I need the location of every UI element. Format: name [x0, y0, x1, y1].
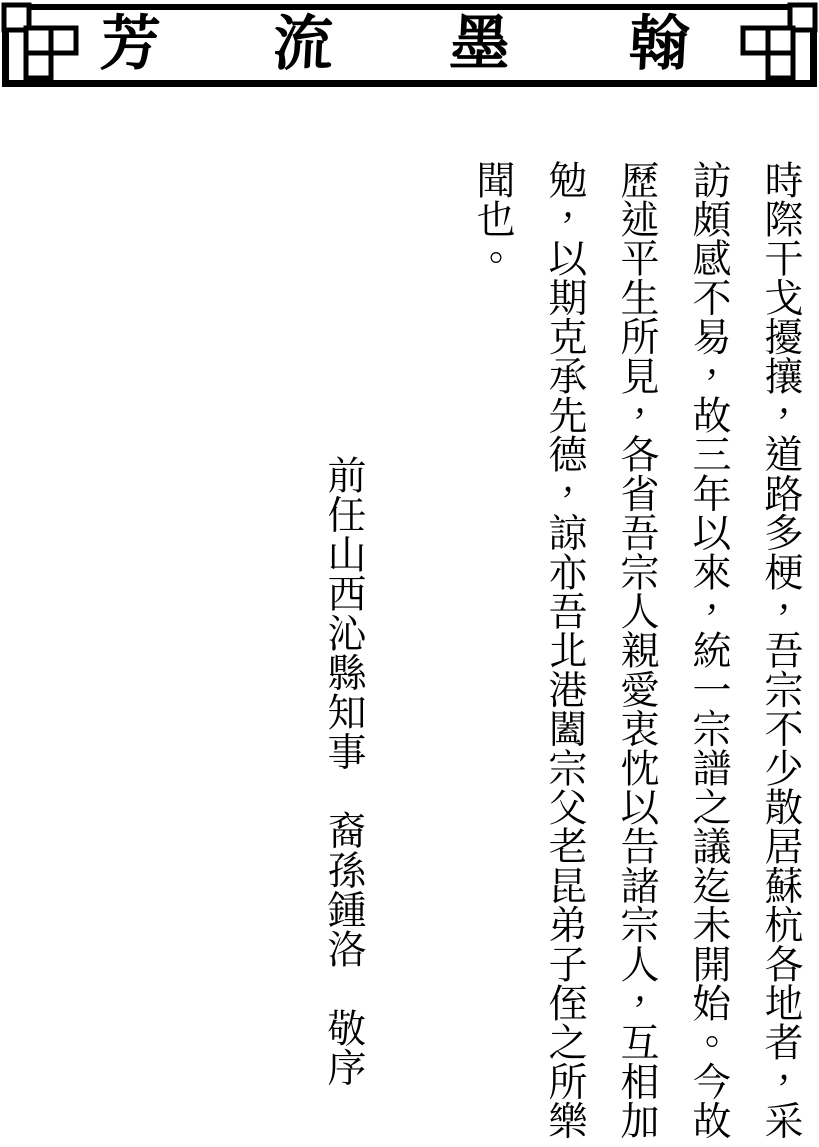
text-column-3: 歷述平生所見，各省吾宗人親愛衷忱以告諸宗人，互相加 — [600, 160, 672, 1145]
text-column-5: 聞也。 — [456, 160, 528, 1145]
signature-line: 前任山西沁縣知事 裔孫鍾洛 敬序 — [321, 455, 365, 1115]
banner-title-char-han: 翰 — [622, 8, 696, 80]
text-column-4: 勉，以期克承先德，諒亦吾北港闔宗父老昆弟子侄之所樂 — [528, 160, 600, 1145]
frame-bottom-line — [2, 80, 817, 87]
left-corner-knot-icon — [4, 5, 76, 78]
document-page: 芳 流 墨 翰 時際干戈擾攘，道路多梗，吾宗不少散居蘇杭各地者，采 訪頗感不易，… — [0, 0, 819, 1147]
banner-title-char-fang: 芳 — [93, 8, 167, 80]
banner-title-char-mo: 墨 — [443, 8, 517, 80]
frame-right-line — [810, 28, 817, 87]
right-corner-knot-icon — [743, 5, 815, 78]
text-column-1: 時際干戈擾攘，道路多梗，吾宗不少散居蘇杭各地者，采 — [744, 160, 816, 1145]
text-column-2: 訪頗感不易，故三年以來，統一宗譜之議迄未開始。今故 — [672, 160, 744, 1145]
header-banner: 芳 流 墨 翰 — [0, 0, 819, 96]
preface-body: 時際干戈擾攘，道路多梗，吾宗不少散居蘇杭各地者，采 訪頗感不易，故三年以來，統一… — [456, 160, 816, 1145]
banner-title-char-liu: 流 — [266, 8, 340, 80]
frame-left-line — [2, 28, 9, 87]
